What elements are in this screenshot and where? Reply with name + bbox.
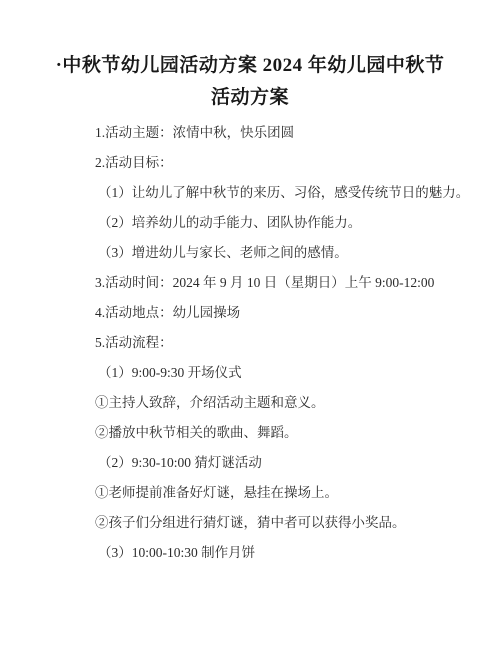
paragraph-goal-3: （3）增进幼儿与家长、老师之间的感情。: [0, 238, 500, 268]
paragraph-activity-time: 3.活动时间：2024 年 9 月 10 日（星期日）上午 9:00-12:00: [0, 268, 500, 298]
paragraph-activity-goals: 2.活动目标：: [0, 148, 500, 178]
title-line-2: 活动方案: [211, 87, 289, 108]
paragraph-process-1-step-1: ①主持人致辞，介绍活动主题和意义。: [0, 388, 500, 418]
paragraph-activity-process: 5.活动流程：: [0, 328, 500, 358]
page-title: ·中秋节幼儿园活动方案 2024 年幼儿园中秋节 活动方案: [0, 0, 500, 114]
paragraph-process-1-step-2: ②播放中秋节相关的歌曲、舞蹈。: [0, 418, 500, 448]
paragraph-goal-2: （2）培养幼儿的动手能力、团队协作能力。: [0, 208, 500, 238]
paragraph-process-2-step-1: ①老师提前准备好灯谜，悬挂在操场上。: [0, 478, 500, 508]
document-body: 1.活动主题：浓情中秋，快乐团圆 2.活动目标： （1）让幼儿了解中秋节的来历、…: [0, 114, 500, 568]
paragraph-process-2-step-2: ②孩子们分组进行猜灯谜，猜中者可以获得小奖品。: [0, 508, 500, 538]
paragraph-process-2-title: （2）9:30-10:00 猜灯谜活动: [0, 448, 500, 478]
paragraph-process-3-title: （3）10:00-10:30 制作月饼: [0, 538, 500, 568]
paragraph-activity-location: 4.活动地点：幼儿园操场: [0, 298, 500, 328]
paragraph-goal-1: （1）让幼儿了解中秋节的来历、习俗，感受传统节日的魅力。: [0, 178, 500, 208]
title-line-1: ·中秋节幼儿园活动方案 2024 年幼儿园中秋节: [56, 55, 445, 76]
document-page: ·中秋节幼儿园活动方案 2024 年幼儿园中秋节 活动方案 1.活动主题：浓情中…: [0, 0, 500, 647]
paragraph-process-1-title: （1）9:00-9:30 开场仪式: [0, 358, 500, 388]
paragraph-activity-theme: 1.活动主题：浓情中秋，快乐团圆: [0, 118, 500, 148]
